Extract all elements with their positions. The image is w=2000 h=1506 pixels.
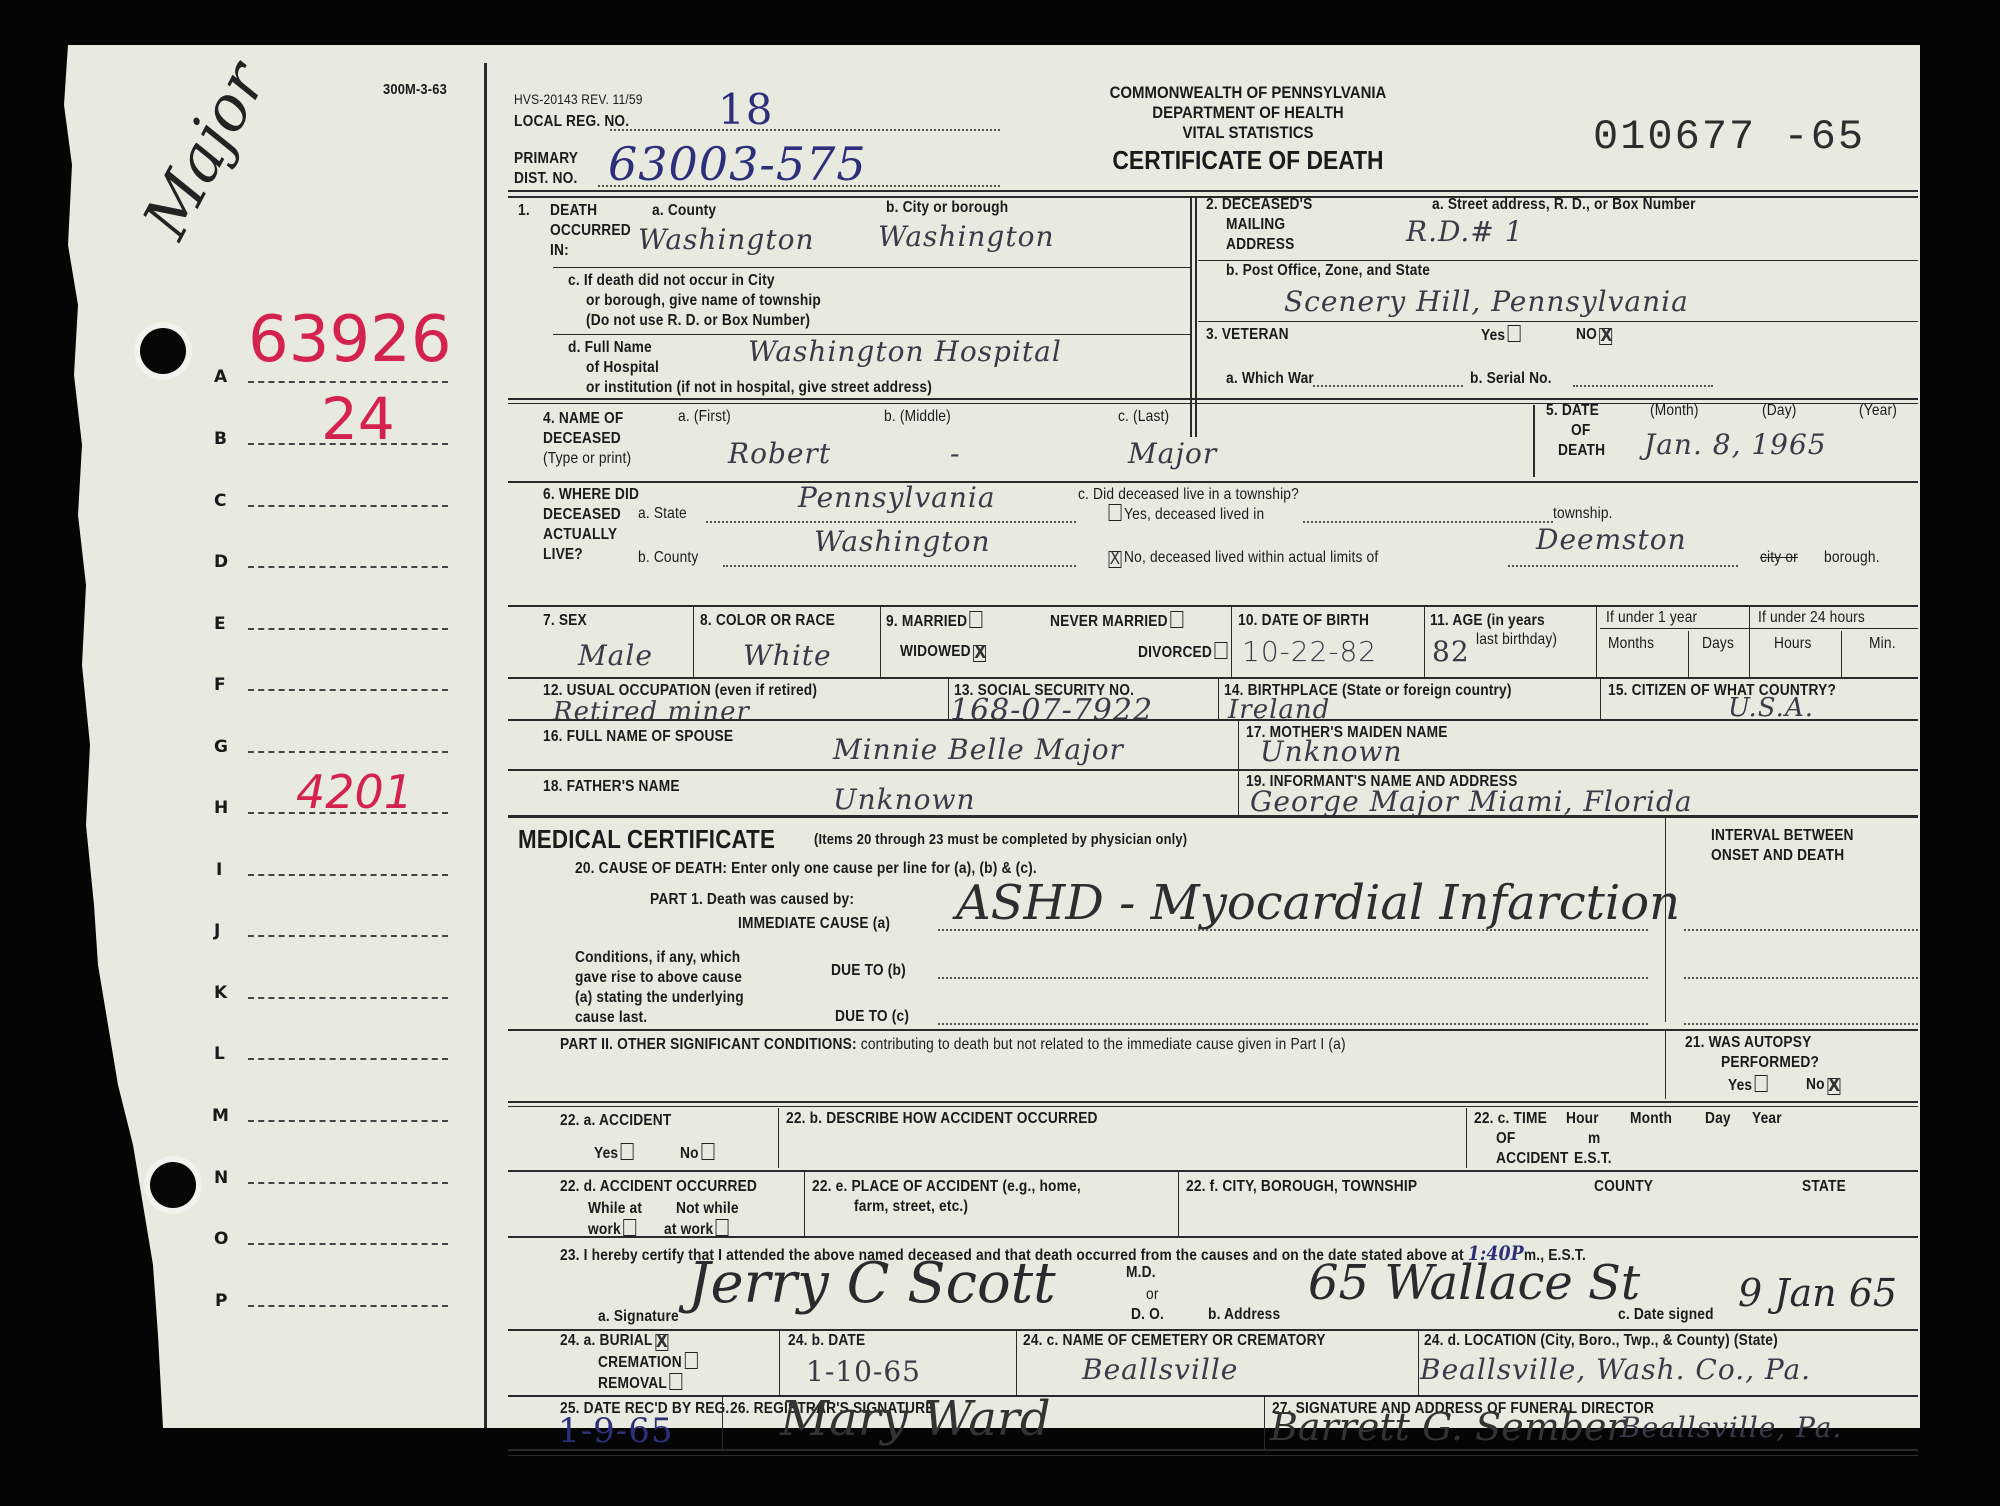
item6-township-question: c. Did deceased live in a township? (1078, 485, 1299, 505)
interval-line-a (1684, 929, 1918, 931)
stub-line-l (248, 1058, 448, 1060)
divider-11-under (1596, 607, 1597, 677)
item22d-label: 22. d. ACCIDENT OCCURRED (560, 1177, 757, 1197)
stub-line-e (248, 628, 448, 630)
item23-signature-value: Jerry C Scott (688, 1251, 1056, 1316)
item4-first-value: Robert (728, 437, 831, 470)
rule-22-top-b (508, 1106, 1918, 1107)
stub-line-j (248, 935, 448, 937)
stub-letter-o: O (214, 1229, 228, 1249)
item4-last-label: c. (Last) (1118, 407, 1169, 427)
item18-value: Unknown (833, 783, 976, 816)
item2-post-office-label: b. Post Office, Zone, and State (1226, 261, 1430, 281)
item11-label-2: last birthday) (1476, 630, 1557, 650)
item9-never-married-checkbox[interactable] (1170, 611, 1183, 628)
due-c-label: DUE TO (c) (835, 1007, 909, 1027)
primary-dist-label-2: DIST. NO. (514, 169, 577, 189)
item10-label: 10. DATE OF BIRTH (1238, 611, 1369, 631)
item24-burial-checkbox[interactable]: X (655, 1334, 668, 1351)
item5-label-3: DEATH (1558, 441, 1605, 461)
item1-township-label-3: (Do not use R. D. or Box Number) (586, 311, 810, 331)
rule-22d-top (508, 1170, 1918, 1172)
item16-label: 16. FULL NAME OF SPOUSE (543, 727, 733, 747)
item6-label-3: ACTUALLY (543, 525, 617, 545)
item22a-no-label: No (680, 1145, 699, 1162)
item23-date-signed-value: 9 Jan 65 (1738, 1271, 1897, 1315)
item4-label-1: 4. NAME OF (543, 409, 623, 429)
divider-4-5 (1533, 405, 1535, 477)
autopsy-no-label: No (1806, 1076, 1825, 1093)
conditions-1: Conditions, if any, which (575, 948, 740, 968)
item4-label-3: (Type or print) (543, 449, 631, 469)
item25-value: 1-9-65 (558, 1411, 674, 1451)
part2-label: PART II. OTHER SIGNIFICANT CONDITIONS: c… (560, 1035, 1346, 1055)
item22a-no-checkbox[interactable] (701, 1143, 714, 1160)
rule-6-top (508, 481, 1918, 483)
item2-label-3: ADDRESS (1226, 235, 1294, 255)
autopsy-label-2: PERFORMED? (1721, 1053, 1819, 1073)
item22a-yes[interactable]: Yes (594, 1143, 636, 1164)
divider-22d-e (804, 1172, 805, 1236)
divider-24a-b (779, 1331, 780, 1395)
due-c-line (938, 1023, 1648, 1025)
interval-label-1: INTERVAL BETWEEN (1711, 826, 1854, 846)
divider-autopsy (1665, 1031, 1666, 1099)
item24-date-label: 24. b. DATE (788, 1331, 865, 1351)
item8-value: White (743, 639, 832, 672)
stub-name-annotation: Major (86, 0, 238, 159)
item11-label: 11. AGE (in years (1430, 611, 1545, 631)
item22c-day: Day (1705, 1109, 1731, 1129)
conditions-3: (a) stating the underlying (575, 988, 744, 1008)
rule-22-top (508, 1101, 1918, 1103)
local-reg-value: 18 (718, 85, 773, 134)
item24-location-value: Beallsville, Wash. Co., Pa. (1420, 1353, 1811, 1386)
rule-18-top (508, 769, 1918, 771)
item9-married-checkbox[interactable] (970, 611, 983, 628)
stub-letter-a: A (214, 367, 227, 387)
autopsy-yes-label: Yes (1728, 1077, 1752, 1094)
item9-never-married-label: NEVER MARRIED (1050, 613, 1168, 630)
item2-street-label: a. Street address, R. D., or Box Number (1432, 195, 1696, 215)
item17-value: Unknown (1260, 735, 1403, 768)
item1-hospital-label-2: of Hospital (586, 358, 659, 378)
item1-city-value: Washington (878, 220, 1055, 253)
item22c-label-2: OF (1496, 1129, 1515, 1149)
divider-10-11 (1424, 607, 1425, 677)
item2-label-2: MAILING (1226, 215, 1285, 235)
item1-num: 1. (518, 201, 530, 221)
item22a-label: 22. a. ACCIDENT (560, 1111, 671, 1131)
item2-street-value: R.D.# 1 (1406, 215, 1524, 248)
item4-middle-label: b. (Middle) (884, 407, 951, 427)
autopsy-no-checkbox[interactable]: X (1827, 1078, 1840, 1095)
divider-22a-b (778, 1108, 779, 1168)
item6-no-option[interactable]: XNo, deceased lived within actual limits… (1106, 548, 1378, 568)
item3-serial-line (1573, 385, 1713, 387)
item5-value: Jan. 8, 1965 (1644, 428, 1827, 461)
conditions-4: cause last. (575, 1008, 647, 1028)
medical-subtitle: (Items 20 through 23 must be completed b… (814, 831, 1187, 850)
part2-title: PART II. OTHER SIGNIFICANT CONDITIONS: (560, 1036, 857, 1053)
item6-no-text: No, deceased lived within actual limits … (1124, 549, 1378, 566)
divider-26-27 (1264, 1397, 1265, 1449)
item23-signature-label: a. Signature (598, 1307, 679, 1327)
divider-24c-d (1418, 1331, 1419, 1395)
item6-county-label: b. County (638, 548, 698, 568)
item5-label-2: OF (1571, 421, 1590, 441)
item3-war-label: a. Which War (1226, 369, 1314, 389)
primary-dist-label-1: PRIMARY (514, 149, 578, 169)
item24-burial-label: 24. a. BURIAL (560, 1332, 652, 1349)
item22f-label: 22. f. CITY, BOROUGH, TOWNSHIP (1186, 1177, 1417, 1197)
item22a-no[interactable]: No (680, 1143, 717, 1164)
item24-removal-checkbox[interactable] (670, 1373, 683, 1390)
item22c-label-1: 22. c. TIME (1474, 1109, 1547, 1129)
rule-1c (553, 267, 1190, 268)
item22e-label-2: farm, street, etc.) (854, 1197, 968, 1217)
interval-line-c (1684, 1023, 1918, 1025)
item13-value: 168-07-7922 (950, 693, 1153, 728)
header-department: DEPARTMENT OF HEALTH (1028, 103, 1468, 123)
item11-value: 82 (1432, 635, 1470, 668)
divider-25-26 (722, 1397, 723, 1449)
item3-no-checkbox[interactable]: X (1600, 328, 1613, 345)
stub-line-n (248, 1182, 448, 1184)
stub-divider (484, 63, 487, 1428)
item3-yes[interactable]: Yes (1481, 325, 1523, 346)
item1-city-label: b. City or borough (886, 198, 1008, 218)
rule-3 (1198, 321, 1918, 322)
item6-borough: borough. (1824, 548, 1880, 568)
divider-22e-f (1178, 1172, 1179, 1236)
stub-a-value: 63926 (248, 303, 452, 377)
item6-township-suffix: township. (1553, 504, 1613, 524)
item11-hours: Hours (1774, 634, 1812, 654)
interval-label-2: ONSET AND DEATH (1711, 846, 1844, 866)
item23-do: D. O. (1131, 1305, 1164, 1325)
item23-address-label: b. Address (1208, 1305, 1280, 1325)
item6-state-line (706, 521, 1076, 523)
item7-value: Male (578, 639, 653, 672)
item6-county-value: Washington (814, 525, 991, 558)
stub-letter-p: P (215, 1291, 227, 1311)
item6-label-4: LIVE? (543, 545, 583, 565)
item9-widowed[interactable]: WIDOWEDX (900, 642, 989, 662)
autopsy-yes[interactable]: Yes (1728, 1075, 1770, 1096)
item6-township-line (1303, 521, 1553, 523)
item6-yes-text: Yes, deceased lived in (1124, 506, 1264, 523)
stub-line-m (248, 1120, 448, 1122)
conditions-2: gave rise to above cause (575, 968, 742, 988)
rule-4-top-b (508, 403, 1918, 404)
item6-yes-checkbox[interactable] (1109, 504, 1122, 521)
divider-months-days (1688, 631, 1689, 677)
divider-24b-c (1016, 1331, 1017, 1395)
item24-removal-label: REMOVAL (598, 1375, 667, 1392)
item9-divorced-label: DIVORCED (1138, 644, 1212, 661)
item22e-label-1: 22. e. PLACE OF ACCIDENT (e.g., home, (812, 1177, 1081, 1197)
item9-married[interactable]: 9. MARRIED (886, 611, 985, 632)
item6-label-2: DECEASED (543, 505, 621, 525)
immediate-cause-value: ASHD - Myocardial Infarction (956, 875, 1680, 931)
immediate-label: IMMEDIATE CAUSE (a) (738, 914, 890, 934)
item22c-year: Year (1752, 1109, 1782, 1129)
item23-date-signed-label: c. Date signed (1618, 1305, 1714, 1325)
stub-letter-k: K (214, 983, 227, 1003)
stub-letter-g: G (214, 737, 228, 757)
medical-title: MEDICAL CERTIFICATE (518, 823, 775, 856)
rule-16-top (508, 719, 1918, 721)
item9-married-label: 9. MARRIED (886, 613, 967, 630)
item22b-label: 22. b. DESCRIBE HOW ACCIDENT OCCURRED (786, 1109, 1098, 1129)
item9-widowed-checkbox[interactable]: X (973, 645, 986, 662)
item6-yes-option[interactable]: Yes, deceased lived in (1106, 504, 1264, 525)
item4-middle-value: - (950, 437, 960, 470)
item1-county-label: a. County (652, 201, 716, 221)
item22d-not-checkbox[interactable] (716, 1219, 729, 1236)
divider-18-19 (1238, 771, 1239, 815)
item3-war-line (1313, 385, 1463, 387)
item24-cemetery-value: Beallsville (1082, 1353, 1238, 1386)
rule-part2-top (508, 1029, 1918, 1031)
item6-state-value: Pennsylvania (798, 481, 996, 514)
item22a-yes-label: Yes (594, 1145, 618, 1162)
certificate-title: CERTIFICATE OF DEATH (1028, 145, 1468, 176)
item1-label-3: IN: (550, 241, 569, 261)
item16-value: Minnie Belle Major (833, 733, 1124, 766)
stub-line-f (248, 689, 448, 691)
item6-state-label: a. State (638, 504, 687, 524)
item22d-while-checkbox[interactable] (623, 1219, 636, 1236)
stub-b-value: 24 (321, 385, 395, 453)
item3-yes-checkbox[interactable] (1508, 325, 1521, 342)
item24-removal[interactable]: REMOVAL (598, 1373, 685, 1394)
item27-address-value: Beallsville, Pa. (1620, 1411, 1842, 1444)
item22a-yes-checkbox[interactable] (621, 1143, 634, 1160)
item24-cemetery-label: 24. c. NAME OF CEMETERY OR CREMATORY (1023, 1331, 1326, 1351)
item1-hospital-label-3: or institution (if not in hospital, give… (586, 378, 932, 398)
item9-never-married[interactable]: NEVER MARRIED (1050, 611, 1186, 632)
stub-line-o (248, 1243, 448, 1245)
divider-8-9 (880, 607, 881, 677)
divider-1-2b (1195, 197, 1197, 437)
torn-edge (38, 45, 178, 1428)
stub-letter-j: J (214, 921, 220, 941)
divider-16-17 (1238, 721, 1239, 769)
header-vital-statistics: VITAL STATISTICS (1028, 123, 1468, 143)
divider-13-14 (1218, 679, 1219, 719)
item24-cremation[interactable]: CREMATION (598, 1352, 700, 1373)
item9-divorced[interactable]: DIVORCED (1138, 642, 1230, 663)
item24-burial[interactable]: 24. a. BURIALX (560, 1331, 671, 1351)
rule-7-top (508, 605, 1918, 607)
stub-letter-f: F (214, 675, 226, 695)
divider-7-8 (693, 607, 694, 677)
item22f-county: COUNTY (1594, 1177, 1653, 1197)
stub-line-d (248, 566, 448, 568)
item24-cremation-label: CREMATION (598, 1354, 682, 1371)
item8-label: 8. COLOR OR RACE (700, 611, 835, 631)
item1-label-1: DEATH (550, 201, 597, 221)
item4-first-label: a. (First) (678, 407, 731, 427)
autopsy-label-1: 21. WAS AUTOPSY (1685, 1033, 1811, 1053)
due-b-line (938, 977, 1648, 979)
item2-post-office-value: Scenery Hill, Pennsylvania (1284, 285, 1689, 318)
stub-letter-d: D (214, 552, 228, 572)
stub-line-p (248, 1305, 448, 1307)
divider-1-2 (1190, 197, 1192, 437)
item11-under-year: If under 1 year (1606, 608, 1697, 628)
divider-12-13 (948, 679, 949, 719)
divider-14-15 (1600, 679, 1601, 719)
item12-value: Retired miner (553, 697, 750, 727)
divider-9-10 (1231, 607, 1232, 677)
item6-label-1: 6. WHERE DID (543, 485, 639, 505)
item5-label-1: 5. DATE (1546, 401, 1599, 421)
rule-4-top (508, 398, 1918, 400)
item24-cremation-checkbox[interactable] (684, 1352, 697, 1369)
form-number: HVS-20143 REV. 11/59 (514, 91, 643, 109)
stub-letter-l: L (214, 1044, 225, 1064)
item1-hospital-label-1: d. Full Name (568, 338, 652, 358)
rule-under (1600, 628, 1918, 629)
part1-label: PART 1. Death was caused by: (650, 890, 854, 910)
item6-limits-line (1508, 565, 1738, 567)
item3-label: 3. VETERAN (1206, 325, 1289, 345)
item9-divorced-checkbox[interactable] (1215, 642, 1228, 659)
divider-days-hours (1749, 607, 1750, 677)
item4-label-2: DECEASED (543, 429, 621, 449)
item22d-while-1: While at (588, 1199, 642, 1219)
punch-hole-bottom (150, 1162, 196, 1208)
punch-hole-top (140, 328, 186, 374)
death-certificate-paper: Major 300M-3-63 A B C D E F G H I J K L … (38, 45, 1920, 1428)
stub-line-k (248, 997, 448, 999)
stub-letter-c: C (214, 491, 226, 511)
item5-year-label: (Year) (1859, 401, 1897, 421)
item10-value: 10-22-82 (1242, 635, 1377, 668)
item27-signature-value: Barrett G. Sember (1270, 1405, 1625, 1449)
item23-address-value: 65 Wallace St (1308, 1255, 1640, 1311)
rule-bottom-2 (508, 1455, 1918, 1456)
header-commonwealth: COMMONWEALTH OF PENNSYLVANIA (1028, 83, 1468, 103)
item24-date-value: 1-10-65 (806, 1355, 921, 1388)
item1-hospital-value: Washington Hospital (748, 335, 1062, 368)
item11-days: Days (1702, 634, 1734, 654)
due-b-label: DUE TO (b) (831, 961, 906, 981)
stub-letter-e: E (214, 614, 226, 634)
item1-county-value: Washington (638, 223, 815, 256)
item22d-not-1: Not while (676, 1199, 739, 1219)
item5-month-label: (Month) (1650, 401, 1699, 421)
item7-label: 7. SEX (543, 611, 587, 631)
stub-letter-n: N (214, 1168, 228, 1188)
rule-medical-top (508, 815, 1918, 818)
certificate-number: 010677 -65 (1593, 113, 1865, 161)
item22c-m: m (1588, 1129, 1600, 1149)
item6-limits-value: Deemston (1536, 523, 1687, 556)
rule-12-top (508, 677, 1918, 679)
item1-township-label-2: or borough, give name of township (586, 291, 821, 311)
interval-line-b (1684, 977, 1918, 979)
item6-no-checkbox[interactable]: X (1109, 551, 1122, 568)
stub-h-value: 4201 (296, 765, 413, 819)
stub-line-a (248, 381, 448, 383)
autopsy-no[interactable]: NoX (1806, 1075, 1843, 1095)
stub-line-g (248, 751, 448, 753)
stub-letter-b: B (214, 429, 227, 449)
item1-township-label-1: c. If death did not occur in City (568, 271, 775, 291)
item22f-state: STATE (1802, 1177, 1846, 1197)
item5-day-label: (Day) (1762, 401, 1796, 421)
item6-county-line (723, 565, 1076, 567)
primary-dist-value: 63003-575 (608, 137, 867, 191)
item26-value: Mary Ward (780, 1391, 1051, 1447)
item11-min: Min. (1869, 634, 1896, 654)
item19-value: George Major Miami, Florida (1250, 785, 1693, 818)
item11-months: Months (1608, 634, 1654, 654)
item3-no-label: NO (1576, 326, 1597, 343)
item23-md: M.D. (1126, 1263, 1156, 1283)
stub-line-c (248, 505, 448, 507)
item2-label-1: 2. DECEASED'S (1206, 195, 1312, 215)
divider-hours-min (1841, 631, 1842, 677)
stub-letter-h: H (214, 798, 228, 818)
item22c-label-3: ACCIDENT (1496, 1149, 1568, 1169)
stub-line-i (248, 874, 448, 876)
item23-or: or (1146, 1285, 1159, 1305)
item3-serial-label: b. Serial No. (1470, 369, 1552, 389)
item1-label-2: OCCURRED (550, 221, 631, 241)
item3-no[interactable]: NOX (1576, 325, 1615, 345)
stub-letter-i: I (216, 860, 222, 880)
item22c-hour: Hour (1566, 1109, 1599, 1129)
header-rule-1 (508, 190, 1918, 192)
print-code: 300M-3-63 (383, 81, 447, 100)
part2-desc: contributing to death but not related to… (861, 1036, 1346, 1053)
stub-letter-m: M (212, 1106, 229, 1126)
item9-widowed-label: WIDOWED (900, 643, 971, 660)
rule-bottom-1 (508, 1449, 1918, 1451)
rule-25-top (508, 1395, 1918, 1397)
divider-22b-c (1466, 1108, 1467, 1168)
local-reg-line (610, 129, 1000, 131)
item3-yes-label: Yes (1481, 327, 1505, 344)
item4-last-value: Major (1128, 437, 1217, 470)
autopsy-yes-checkbox[interactable] (1755, 1075, 1768, 1092)
item24-location-label: 24. d. LOCATION (City, Boro., Twp., & Co… (1424, 1331, 1778, 1351)
item22c-month: Month (1630, 1109, 1672, 1129)
item6-city-struck: city or (1760, 548, 1798, 568)
item18-label: 18. FATHER'S NAME (543, 777, 680, 797)
item11-under-day: If under 24 hours (1758, 608, 1865, 628)
rule-23-top (508, 1236, 1918, 1238)
item22c-est: E.S.T. (1574, 1149, 1612, 1169)
